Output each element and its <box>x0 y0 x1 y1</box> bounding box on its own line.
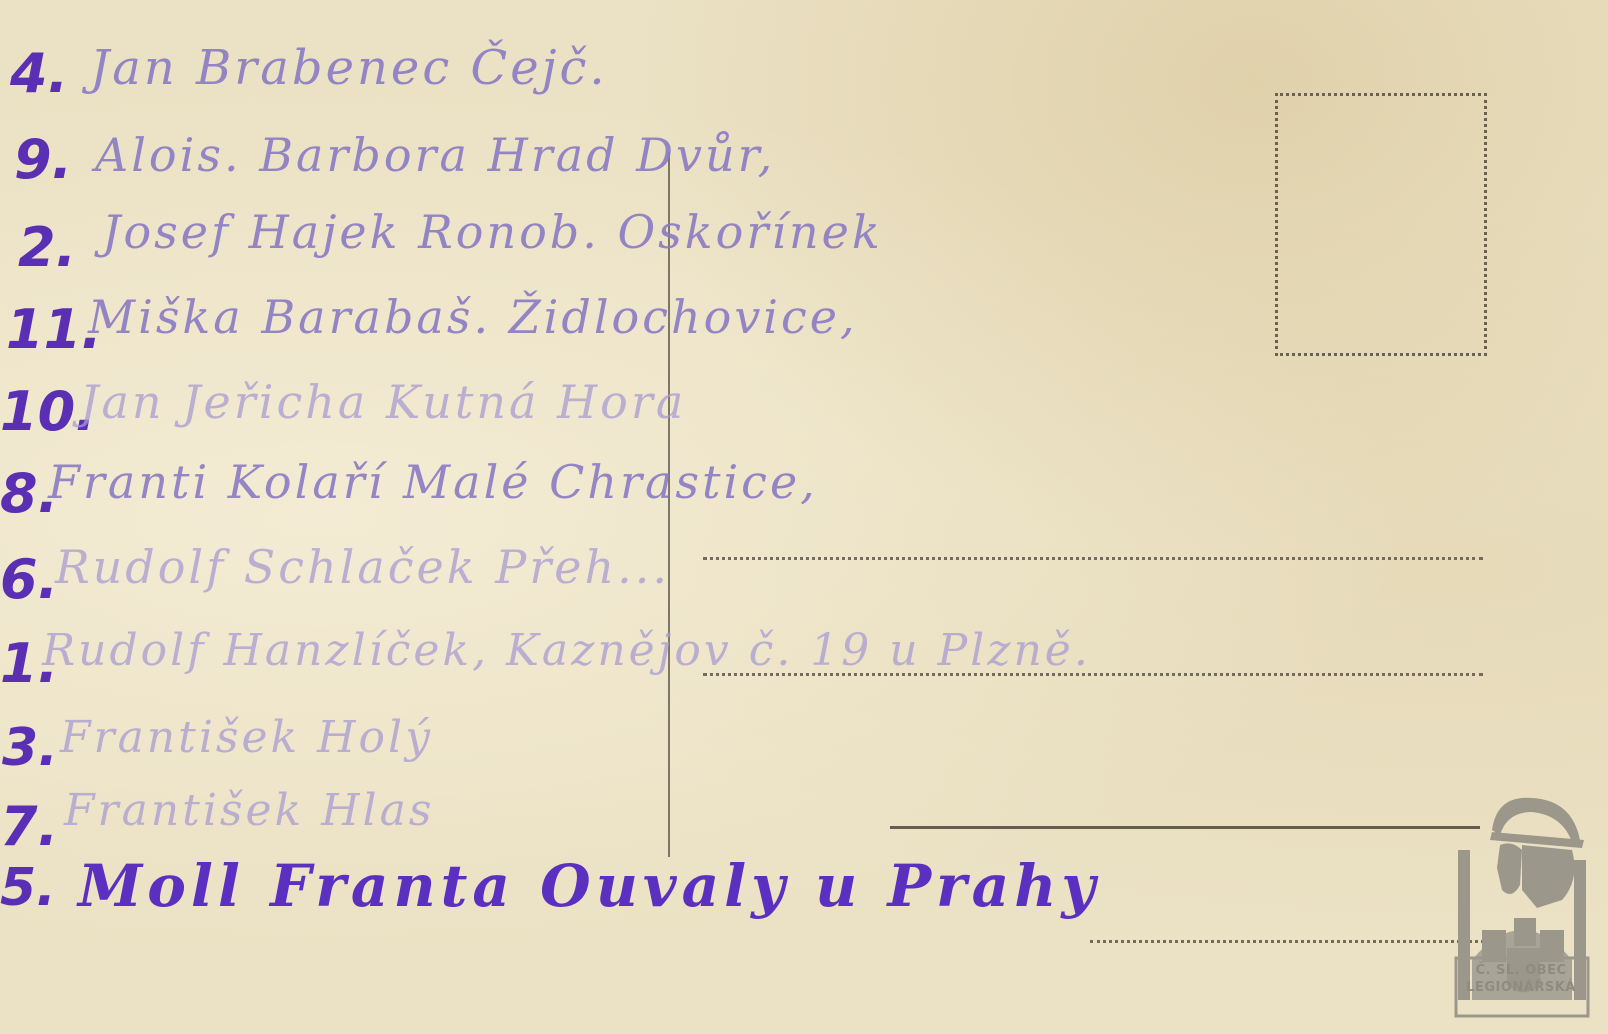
logo-line-2: LEGIONÁŘSKÁ <box>1457 979 1585 996</box>
postcard-back: 4. Jan Brabenec Čejč. 9. Alois. Barbora … <box>0 0 1608 1034</box>
entry-text: Moll Franta Ouvaly u Prahy <box>78 852 1100 920</box>
entry-text: Alois. Barbora Hrad Dvůr, <box>95 128 775 182</box>
stamp-box <box>1275 93 1487 356</box>
entry-text: Rudolf Hanzlíček, Kaznějov č. 19 u Plzně… <box>42 625 1091 676</box>
entry-text: Jan Brabenec Čejč. <box>90 40 608 96</box>
address-line-4 <box>890 826 1480 829</box>
entry-number: 5. <box>0 858 56 918</box>
logo-line-1: Č. SL. OBEC <box>1457 962 1585 979</box>
entry-text: František Hlas <box>64 785 434 836</box>
address-line-1 <box>703 557 1483 560</box>
entry-number: 9. <box>14 128 72 191</box>
logo-text: Č. SL. OBEC LEGIONÁŘSKÁ <box>1457 962 1585 996</box>
address-line-3 <box>1090 940 1490 943</box>
entry-text: Jan Jeřicha Kutná Hora <box>80 375 686 429</box>
entry-number: 6. <box>0 548 58 611</box>
entry-number: 2. <box>18 216 76 279</box>
entry-number: 7. <box>0 795 58 858</box>
entry-number: 3. <box>2 718 58 778</box>
entry-text: Josef Hajek Ronob. Oskořínek <box>102 205 883 259</box>
entry-text: František Holý <box>60 712 433 763</box>
entry-number: 4. <box>10 42 68 105</box>
entry-text: Franti Kolaří Malé Chrastice, <box>48 455 818 509</box>
entry-text: Miška Barabaš. Židlochovice, <box>88 290 858 344</box>
entry-text: Rudolf Schlaček Přeh... <box>55 540 670 594</box>
